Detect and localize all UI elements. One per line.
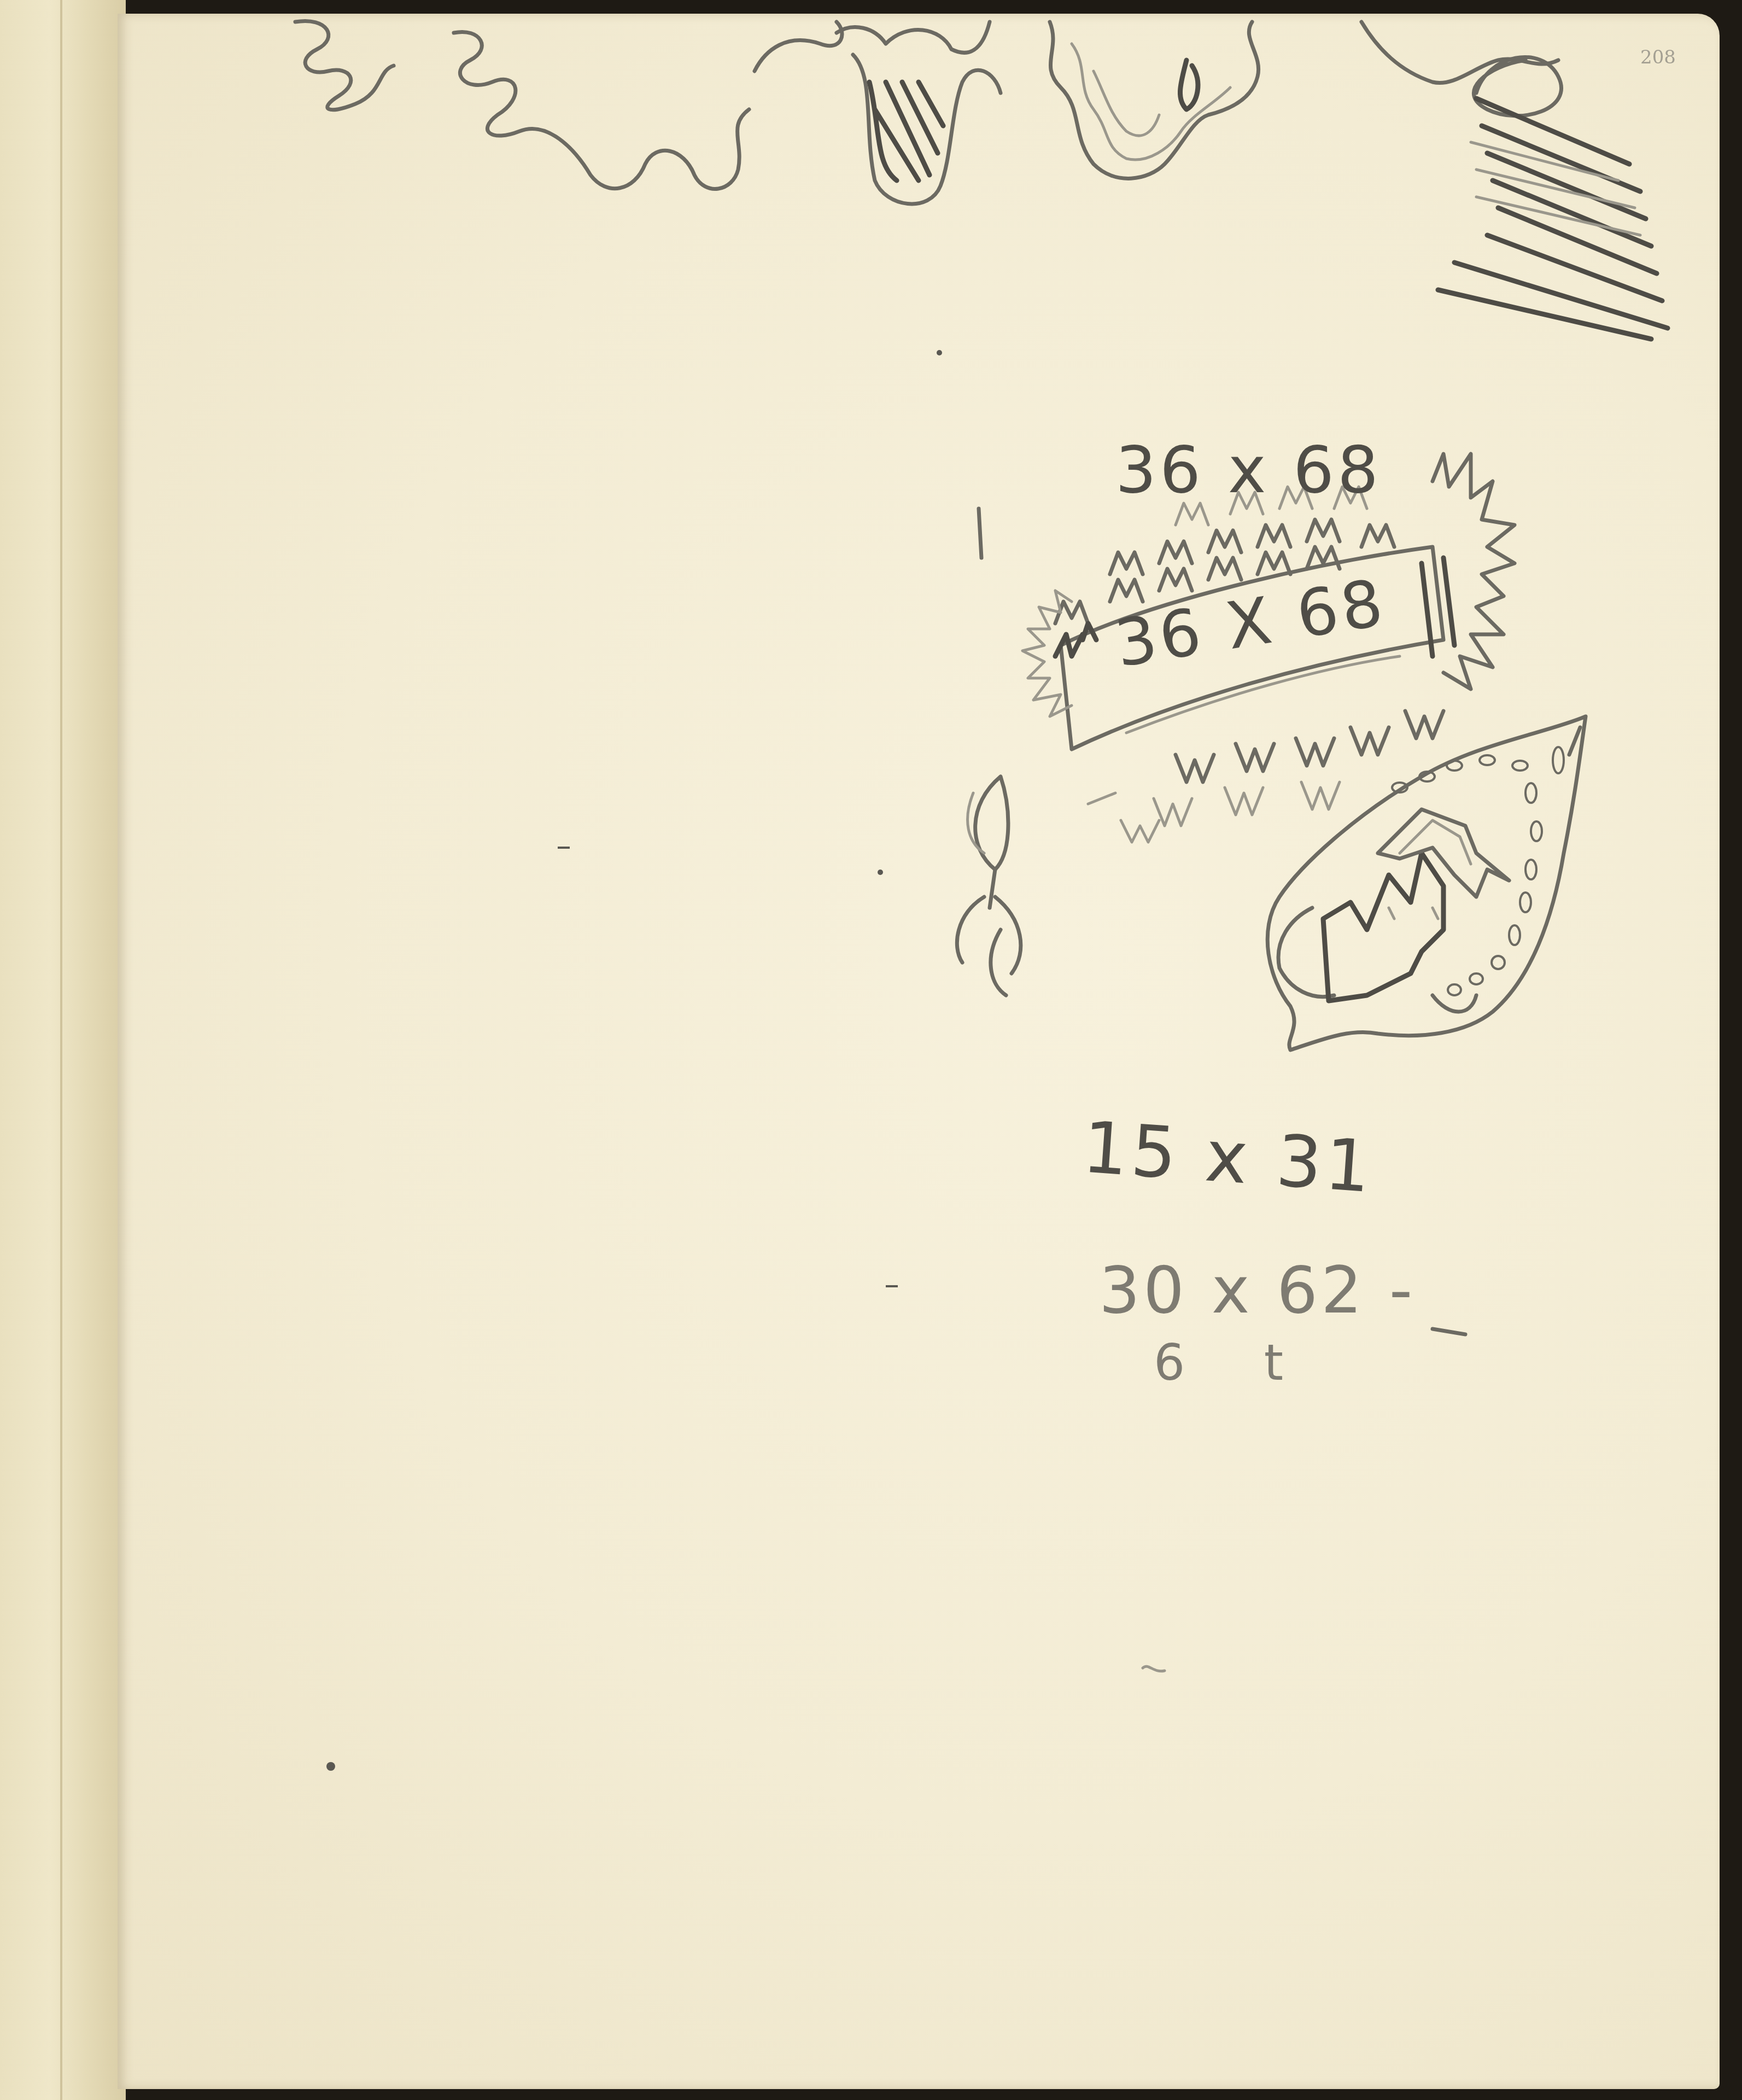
pencil-specks	[326, 350, 942, 1771]
small-mark	[1143, 1666, 1165, 1671]
paisley-ornament	[1267, 716, 1586, 1050]
wavy-border-top	[295, 21, 1561, 203]
hourglass-figure	[957, 777, 1021, 995]
tick-mark	[979, 509, 981, 558]
top-calculation: 36 x 68	[1115, 432, 1382, 507]
hatched-shading	[1438, 98, 1668, 339]
dash-mark	[1433, 1329, 1465, 1334]
calculation-30x62: 30 x 62 -	[1099, 1252, 1416, 1328]
pencil-sketches	[0, 0, 1742, 2100]
calculation-sub: 6 t	[1154, 1334, 1287, 1392]
